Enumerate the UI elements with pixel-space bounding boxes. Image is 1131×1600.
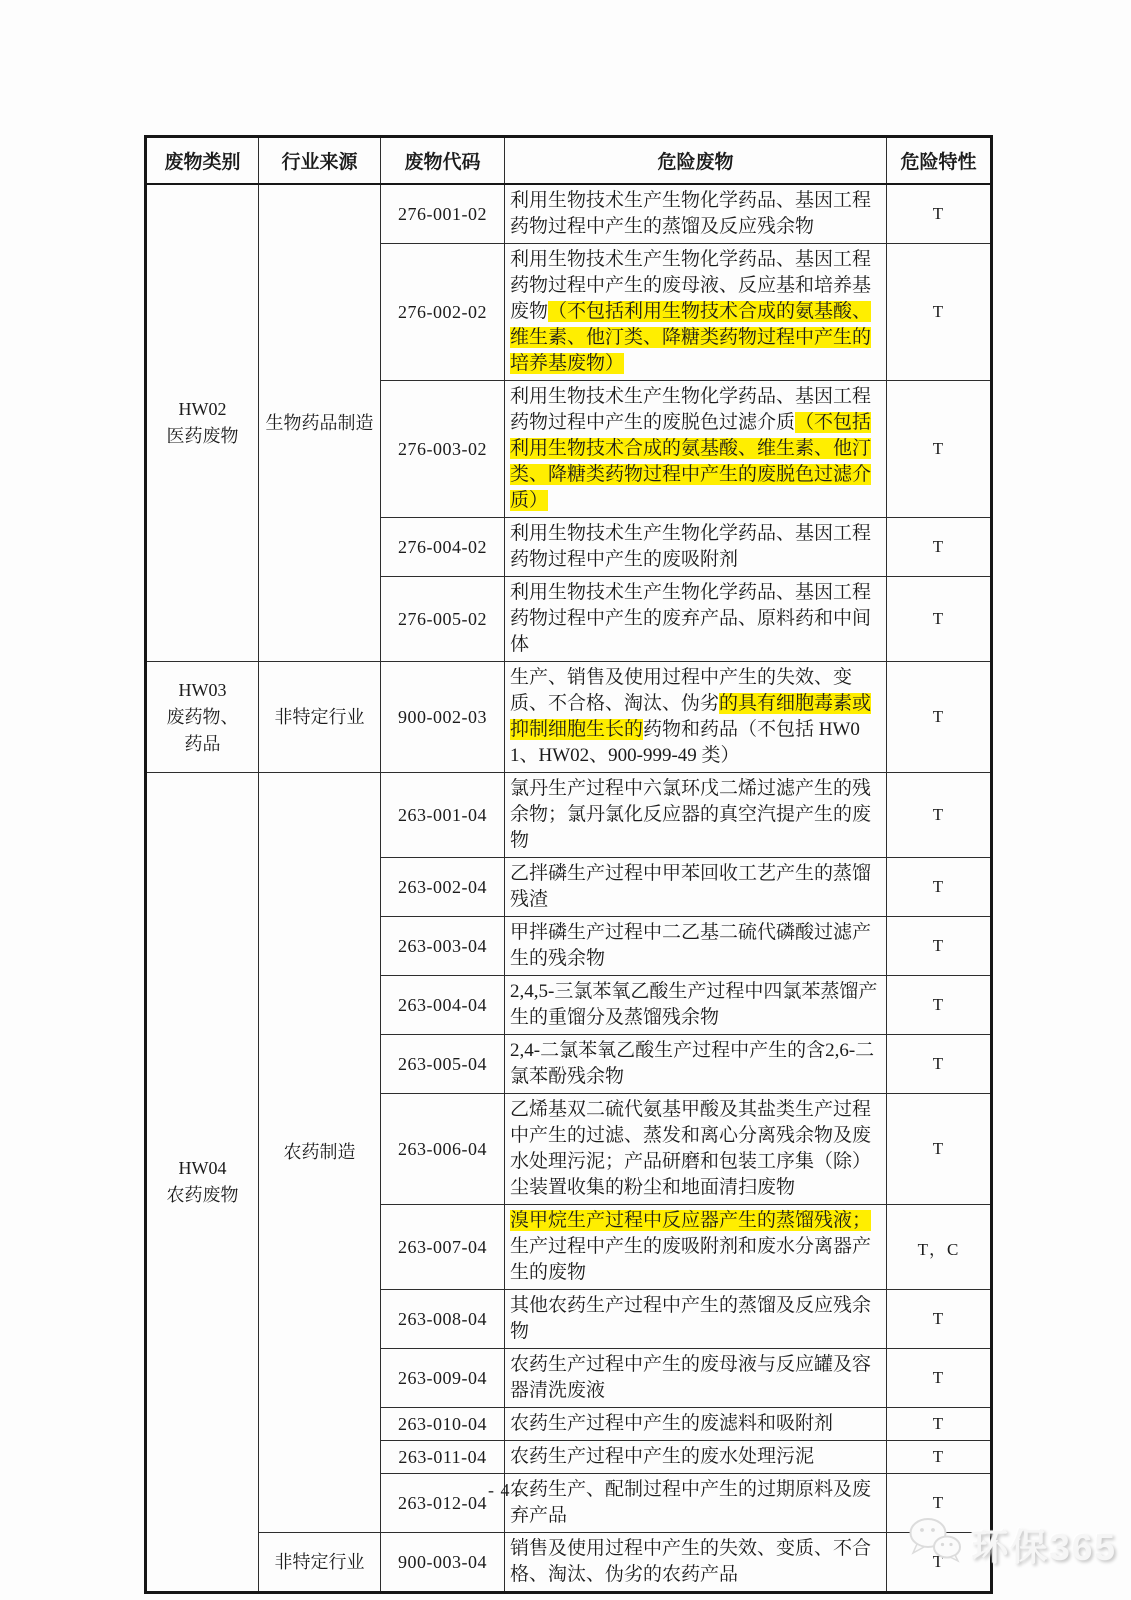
plain-text: 利用生物技术生产生物化学药品、基因工程药物过程中产生的废弃产品、原料药和中间体 [510,582,871,655]
table-header: 废物类别 行业来源 废物代码 危险废物 危险特性 [146,137,992,185]
waste-code-cell: 263-011-04 [381,1441,505,1474]
industry-source-cell: 生物药品制造 [259,184,381,662]
waste-category-line: 药品 [150,731,255,758]
industry-source-cell: 非特定行业 [259,662,381,773]
hazard-characteristic-cell: T，C [887,1205,992,1290]
hazard-characteristic-cell: T [887,976,992,1035]
plain-text: 2,4-二氯苯氧乙酸生产过程中产生的含2,6-二氯苯酚残余物 [510,1040,874,1087]
hazardous-waste-desc-cell: 氯丹生产过程中六氯环戊二烯过滤产生的残余物；氯丹氯化反应器的真空汽提产生的废物 [505,773,887,858]
waste-code-cell: 900-002-03 [381,662,505,773]
plain-text: 农药生产过程中产生的废水处理污泥 [510,1446,814,1467]
page-number: - 4 - [0,1480,1011,1501]
waste-code-cell: 263-006-04 [381,1094,505,1205]
hazardous-waste-desc-cell: 其他农药生产过程中产生的蒸馏及反应残余物 [505,1290,887,1349]
table-row: 非特定行业900-003-04销售及使用过程中产生的失效、变质、不合格、淘汰、伪… [146,1533,992,1593]
hazard-characteristic-cell: T [887,1349,992,1408]
waste-code-cell: 263-010-04 [381,1408,505,1441]
waste-category-line: 医药废物 [150,423,255,450]
hazardous-waste-desc-cell: 利用生物技术生产生物化学药品、基因工程药物过程中产生的废弃产品、原料药和中间体 [505,577,887,662]
plain-text: 农药生产过程中产生的废母液与反应罐及容器清洗废液 [510,1354,871,1401]
waste-code-cell: 276-001-02 [381,184,505,244]
waste-category-line: 废药物、 [150,704,255,731]
plain-text: 利用生物技术生产生物化学药品、基因工程药物过程中产生的蒸馏及反应残余物 [510,190,871,237]
waste-code-cell: 263-007-04 [381,1205,505,1290]
hazardous-waste-desc-cell: 溴甲烷生产过程中反应器产生的蒸馏残液；生产过程中产生的废吸附剂和废水分离器产生的… [505,1205,887,1290]
plain-text: 其他农药生产过程中产生的蒸馏及反应残余物 [510,1295,871,1342]
waste-code-cell: 263-004-04 [381,976,505,1035]
waste-category-cell: HW02医药废物 [146,184,259,662]
waste-code-cell: 263-009-04 [381,1349,505,1408]
hazardous-waste-desc-cell: 利用生物技术生产生物化学药品、基因工程药物过程中产生的废母液、反应基和培养基废物… [505,244,887,381]
hazard-characteristic-cell: T [887,577,992,662]
hazard-characteristic-cell: T [887,773,992,858]
waste-category-line: 农药废物 [150,1182,255,1209]
industry-source-cell: 非特定行业 [259,1533,381,1593]
hazardous-waste-desc-cell: 利用生物技术生产生物化学药品、基因工程药物过程中产生的废脱色过滤介质（不包括利用… [505,381,887,518]
plain-text: 销售及使用过程中产生的失效、变质、不合格、淘汰、伪劣的农药产品 [510,1538,871,1585]
plain-text: 甲拌磷生产过程中二乙基二硫代磷酸过滤产生的残余物 [510,922,871,969]
waste-code-cell: 263-005-04 [381,1035,505,1094]
waste-code-cell: 276-003-02 [381,381,505,518]
hazardous-waste-desc-cell: 利用生物技术生产生物化学药品、基因工程药物过程中产生的废吸附剂 [505,518,887,577]
waste-code-cell: 263-001-04 [381,773,505,858]
hazard-characteristic-cell: T [887,1408,992,1441]
highlighted-text: 溴甲烷生产过程中反应器产生的蒸馏残液； [510,1210,871,1231]
waste-category-cell: HW03废药物、药品 [146,662,259,773]
hazard-characteristic-cell: T [887,381,992,518]
header-hazardous-waste: 危险废物 [505,137,887,185]
highlighted-text: （不包括利用生物技术合成的氨基酸、维生素、他汀类、降糖类药物过程中产生的培养基废… [510,301,871,374]
waste-category-cell: HW04农药废物 [146,773,259,1593]
hazardous-waste-desc-cell: 甲拌磷生产过程中二乙基二硫代磷酸过滤产生的残余物 [505,917,887,976]
hazard-characteristic-cell: T [887,858,992,917]
header-row: 废物类别 行业来源 废物代码 危险废物 危险特性 [146,137,992,185]
hazard-characteristic-cell: T [887,244,992,381]
table-row: HW02医药废物生物药品制造276-001-02利用生物技术生产生物化学药品、基… [146,184,992,244]
hazardous-waste-desc-cell: 农药生产过程中产生的废水处理污泥 [505,1441,887,1474]
plain-text: 乙拌磷生产过程中甲苯回收工艺产生的蒸馏残渣 [510,863,871,910]
hazardous-waste-desc-cell: 农药生产过程中产生的废母液与反应罐及容器清洗废液 [505,1349,887,1408]
header-industry-source: 行业来源 [259,137,381,185]
plain-text: 乙烯基双二硫代氨基甲酸及其盐类生产过程中产生的过滤、蒸发和离心分离残余物及废水处… [510,1099,871,1198]
hazardous-waste-desc-cell: 销售及使用过程中产生的失效、变质、不合格、淘汰、伪劣的农药产品 [505,1533,887,1593]
hazardous-waste-desc-cell: 乙拌磷生产过程中甲苯回收工艺产生的蒸馏残渣 [505,858,887,917]
waste-code-cell: 900-003-04 [381,1533,505,1593]
waste-category-line: HW02 [150,396,255,423]
header-waste-category: 废物类别 [146,137,259,185]
waste-code-cell: 276-005-02 [381,577,505,662]
waste-code-cell: 263-003-04 [381,917,505,976]
hazard-characteristic-cell: T [887,1094,992,1205]
hazard-characteristic-cell: T [887,518,992,577]
hazard-characteristic-cell: T [887,917,992,976]
wechat-icon [905,1516,965,1571]
waste-code-cell: 276-004-02 [381,518,505,577]
hazardous-waste-desc-cell: 2,4-二氯苯氧乙酸生产过程中产生的含2,6-二氯苯酚残余物 [505,1035,887,1094]
plain-text: 利用生物技术生产生物化学药品、基因工程药物过程中产生的废吸附剂 [510,523,871,570]
plain-text: 氯丹生产过程中六氯环戊二烯过滤产生的残余物；氯丹氯化反应器的真空汽提产生的废物 [510,778,871,851]
hazard-characteristic-cell: T [887,184,992,244]
hazardous-waste-desc-cell: 利用生物技术生产生物化学药品、基因工程药物过程中产生的蒸馏及反应残余物 [505,184,887,244]
table-body: HW02医药废物生物药品制造276-001-02利用生物技术生产生物化学药品、基… [146,184,992,1593]
header-waste-code: 废物代码 [381,137,505,185]
waste-code-cell: 263-002-04 [381,858,505,917]
hazardous-waste-desc-cell: 农药生产过程中产生的废滤料和吸附剂 [505,1408,887,1441]
hazard-characteristic-cell: T [887,1035,992,1094]
hazardous-waste-desc-cell: 生产、销售及使用过程中产生的失效、变质、不合格、淘汰、伪劣的具有细胞毒素或抑制细… [505,662,887,773]
hazardous-waste-table: 废物类别 行业来源 废物代码 危险废物 危险特性 HW02医药废物生物药品制造2… [144,135,993,1594]
watermark: 环保365 [905,1516,1117,1571]
plain-text: 2,4,5-三氯苯氧乙酸生产过程中四氯苯蒸馏产生的重馏分及蒸馏残余物 [510,981,877,1028]
hazardous-waste-desc-cell: 乙烯基双二硫代氨基甲酸及其盐类生产过程中产生的过滤、蒸发和离心分离残余物及废水处… [505,1094,887,1205]
table-row: HW04农药废物农药制造263-001-04氯丹生产过程中六氯环戊二烯过滤产生的… [146,773,992,858]
hazard-characteristic-cell: T [887,662,992,773]
plain-text: 农药生产过程中产生的废滤料和吸附剂 [510,1413,833,1434]
table-row: HW03废药物、药品非特定行业900-002-03生产、销售及使用过程中产生的失… [146,662,992,773]
waste-category-line: HW03 [150,677,255,704]
watermark-text: 环保365 [971,1517,1117,1571]
hazard-characteristic-cell: T [887,1441,992,1474]
waste-code-cell: 276-002-02 [381,244,505,381]
waste-code-cell: 263-008-04 [381,1290,505,1349]
document-page: 废物类别 行业来源 废物代码 危险废物 危险特性 HW02医药废物生物药品制造2… [0,0,1131,1600]
plain-text: 生产过程中产生的废吸附剂和废水分离器产生的废物 [510,1236,871,1283]
industry-source-cell: 农药制造 [259,773,381,1533]
hazardous-waste-desc-cell: 2,4,5-三氯苯氧乙酸生产过程中四氯苯蒸馏产生的重馏分及蒸馏残余物 [505,976,887,1035]
hazard-characteristic-cell: T [887,1290,992,1349]
header-hazard-characteristic: 危险特性 [887,137,992,185]
waste-category-line: HW04 [150,1155,255,1182]
